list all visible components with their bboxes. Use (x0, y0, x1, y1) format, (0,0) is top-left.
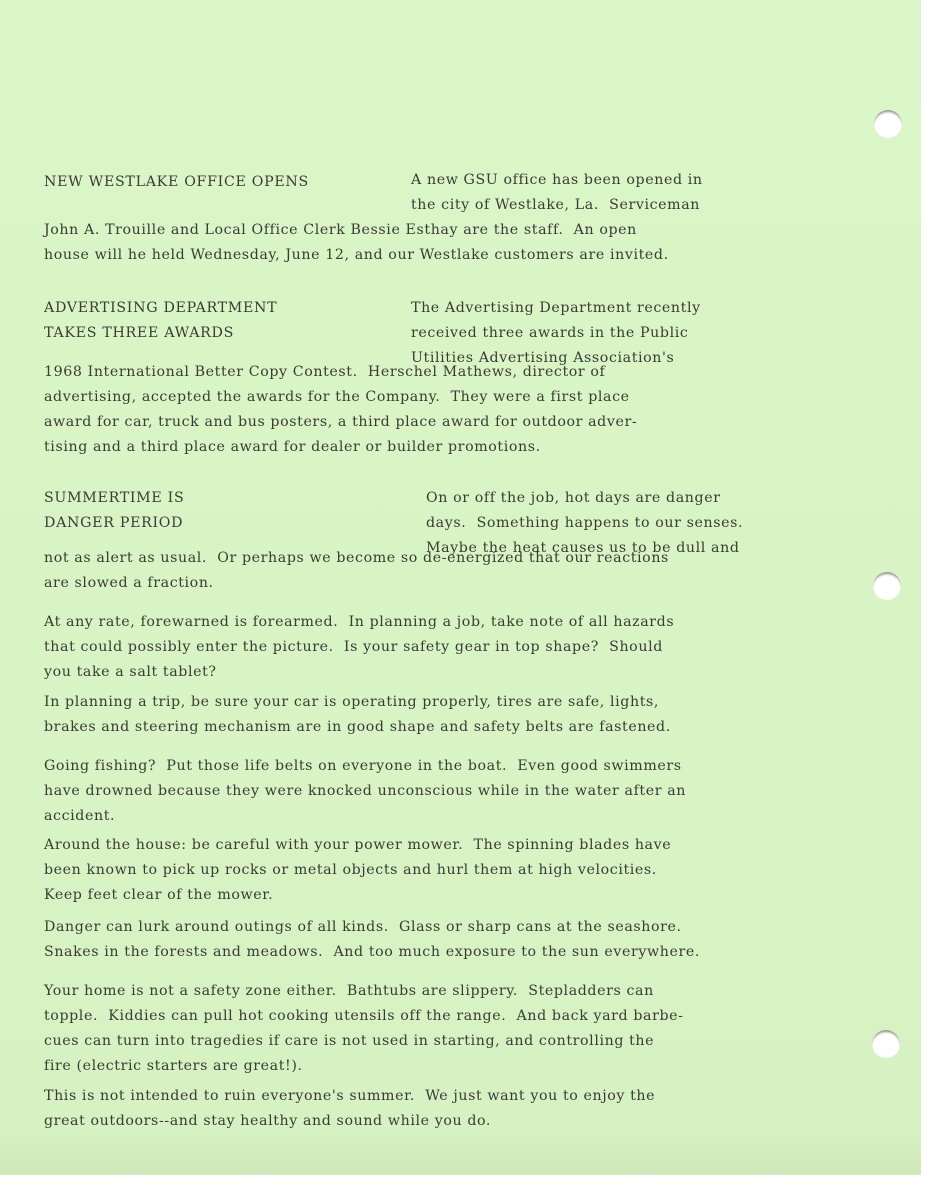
text-line: John A. Trouille and Local Office Clerk … (44, 218, 669, 243)
text-line: 1968 International Better Copy Contest. … (44, 360, 637, 385)
text-line: not as alert as usual. Or perhaps we bec… (44, 546, 669, 571)
paragraph: Going fishing? Put those life belts on e… (44, 754, 686, 829)
paragraph: At any rate, forewarned is forearmed. In… (44, 610, 674, 685)
text-line: The Advertising Department recently (411, 296, 701, 321)
text-line: great outdoors--and stay healthy and sou… (44, 1109, 655, 1134)
text-line: Going fishing? Put those life belts on e… (44, 754, 686, 779)
headline-line: DANGER PERIOD (44, 511, 184, 536)
document-page: NEW WESTLAKE OFFICE OPENS A new GSU offi… (0, 0, 921, 1175)
punch-hole-icon (872, 1030, 900, 1058)
paragraph: Around the house: be careful with your p… (44, 833, 671, 908)
text-line: At any rate, forewarned is forearmed. In… (44, 610, 674, 635)
text-line: Danger can lurk around outings of all ki… (44, 915, 700, 940)
text-line: tising and a third place award for deale… (44, 435, 637, 460)
article-intro: A new GSU office has been opened in the … (411, 168, 703, 218)
article-body: 1968 International Better Copy Contest. … (44, 360, 637, 460)
text-line: Your home is not a safety zone either. B… (44, 979, 684, 1004)
paragraph: Your home is not a safety zone either. B… (44, 979, 684, 1079)
text-line: topple. Kiddies can pull hot cooking ute… (44, 1004, 684, 1029)
text-line: advertising, accepted the awards for the… (44, 385, 637, 410)
text-line: days. Something happens to our senses. (426, 511, 743, 536)
text-line: have drowned because they were knocked u… (44, 779, 686, 804)
text-line: are slowed a fraction. (44, 571, 669, 596)
text-line: Keep feet clear of the mower. (44, 883, 671, 908)
text-line: fire (electric starters are great!). (44, 1054, 684, 1079)
text-line: brakes and steering mechanism are in goo… (44, 715, 671, 740)
text-line: house will he held Wednesday, June 12, a… (44, 243, 669, 268)
text-line: On or off the job, hot days are danger (426, 486, 743, 511)
headline-line: NEW WESTLAKE OFFICE OPENS (44, 170, 309, 195)
text-line: This is not intended to ruin everyone's … (44, 1084, 655, 1109)
text-line: been known to pick up rocks or metal obj… (44, 858, 671, 883)
text-line: you take a salt tablet? (44, 660, 674, 685)
text-line: the city of Westlake, La. Serviceman (411, 193, 703, 218)
headline-line: SUMMERTIME IS (44, 486, 184, 511)
text-line: cues can turn into tragedies if care is … (44, 1029, 684, 1054)
article-body: John A. Trouille and Local Office Clerk … (44, 218, 669, 268)
text-line: In planning a trip, be sure your car is … (44, 690, 671, 715)
article-body: not as alert as usual. Or perhaps we bec… (44, 546, 669, 596)
text-line: Around the house: be careful with your p… (44, 833, 671, 858)
text-line: received three awards in the Public (411, 321, 701, 346)
punch-hole-icon (873, 572, 901, 600)
headline-line: TAKES THREE AWARDS (44, 321, 277, 346)
punch-hole-icon (874, 110, 902, 138)
paragraph: This is not intended to ruin everyone's … (44, 1084, 655, 1134)
headline-line: ADVERTISING DEPARTMENT (44, 296, 277, 321)
text-line: Snakes in the forests and meadows. And t… (44, 940, 700, 965)
headline: ADVERTISING DEPARTMENT TAKES THREE AWARD… (44, 296, 277, 346)
text-line: that could possibly enter the picture. I… (44, 635, 674, 660)
text-line: award for car, truck and bus posters, a … (44, 410, 637, 435)
text-line: accident. (44, 804, 686, 829)
headline: SUMMERTIME IS DANGER PERIOD (44, 486, 184, 536)
paragraph: In planning a trip, be sure your car is … (44, 690, 671, 740)
paragraph: Danger can lurk around outings of all ki… (44, 915, 700, 965)
headline: NEW WESTLAKE OFFICE OPENS (44, 170, 309, 195)
text-line: A new GSU office has been opened in (411, 168, 703, 193)
